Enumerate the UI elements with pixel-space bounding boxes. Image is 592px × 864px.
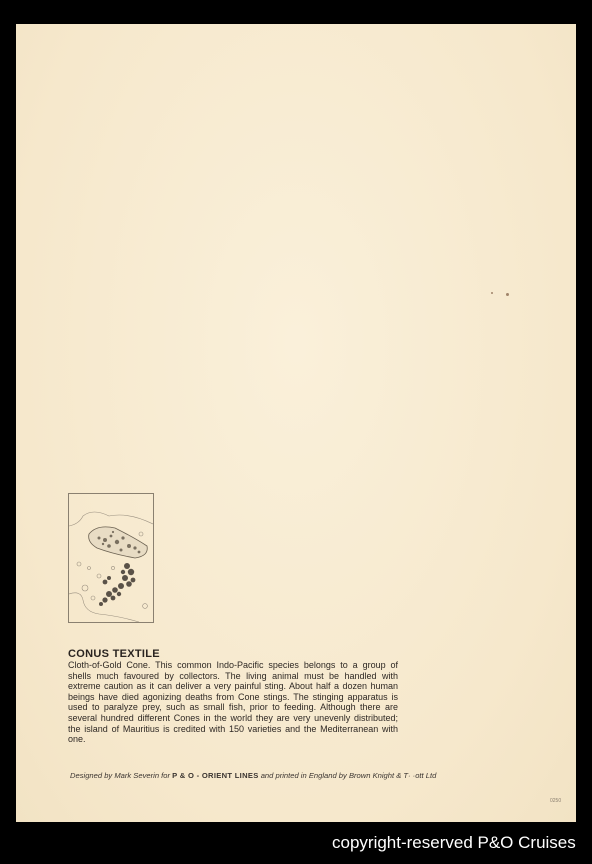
species-heading: CONUS TEXTILE	[68, 648, 160, 660]
menu-page: CONUS TEXTILE Cloth-of-Gold Cone. This c…	[16, 24, 576, 822]
copyright-watermark: copyright-reserved P&O Cruises	[332, 833, 576, 853]
paper-speck	[491, 292, 493, 294]
show-through-title	[16, 190, 576, 213]
shell-illustration	[68, 493, 154, 623]
species-description: Cloth-of-Gold Cone. This common Indo-Pac…	[68, 660, 398, 745]
cone-shell-drawing	[69, 494, 153, 622]
credit-prefix: Designed by Mark Severin for	[70, 771, 172, 780]
printer-credit: Designed by Mark Severin for P & O - ORI…	[70, 771, 436, 780]
print-code: 0250	[550, 798, 561, 804]
paper-speck	[506, 293, 509, 296]
credit-company: P & O - ORIENT LINES	[172, 771, 258, 780]
credit-suffix: and printed in England by Brown Knight &…	[259, 771, 437, 780]
show-through-line	[16, 260, 576, 270]
